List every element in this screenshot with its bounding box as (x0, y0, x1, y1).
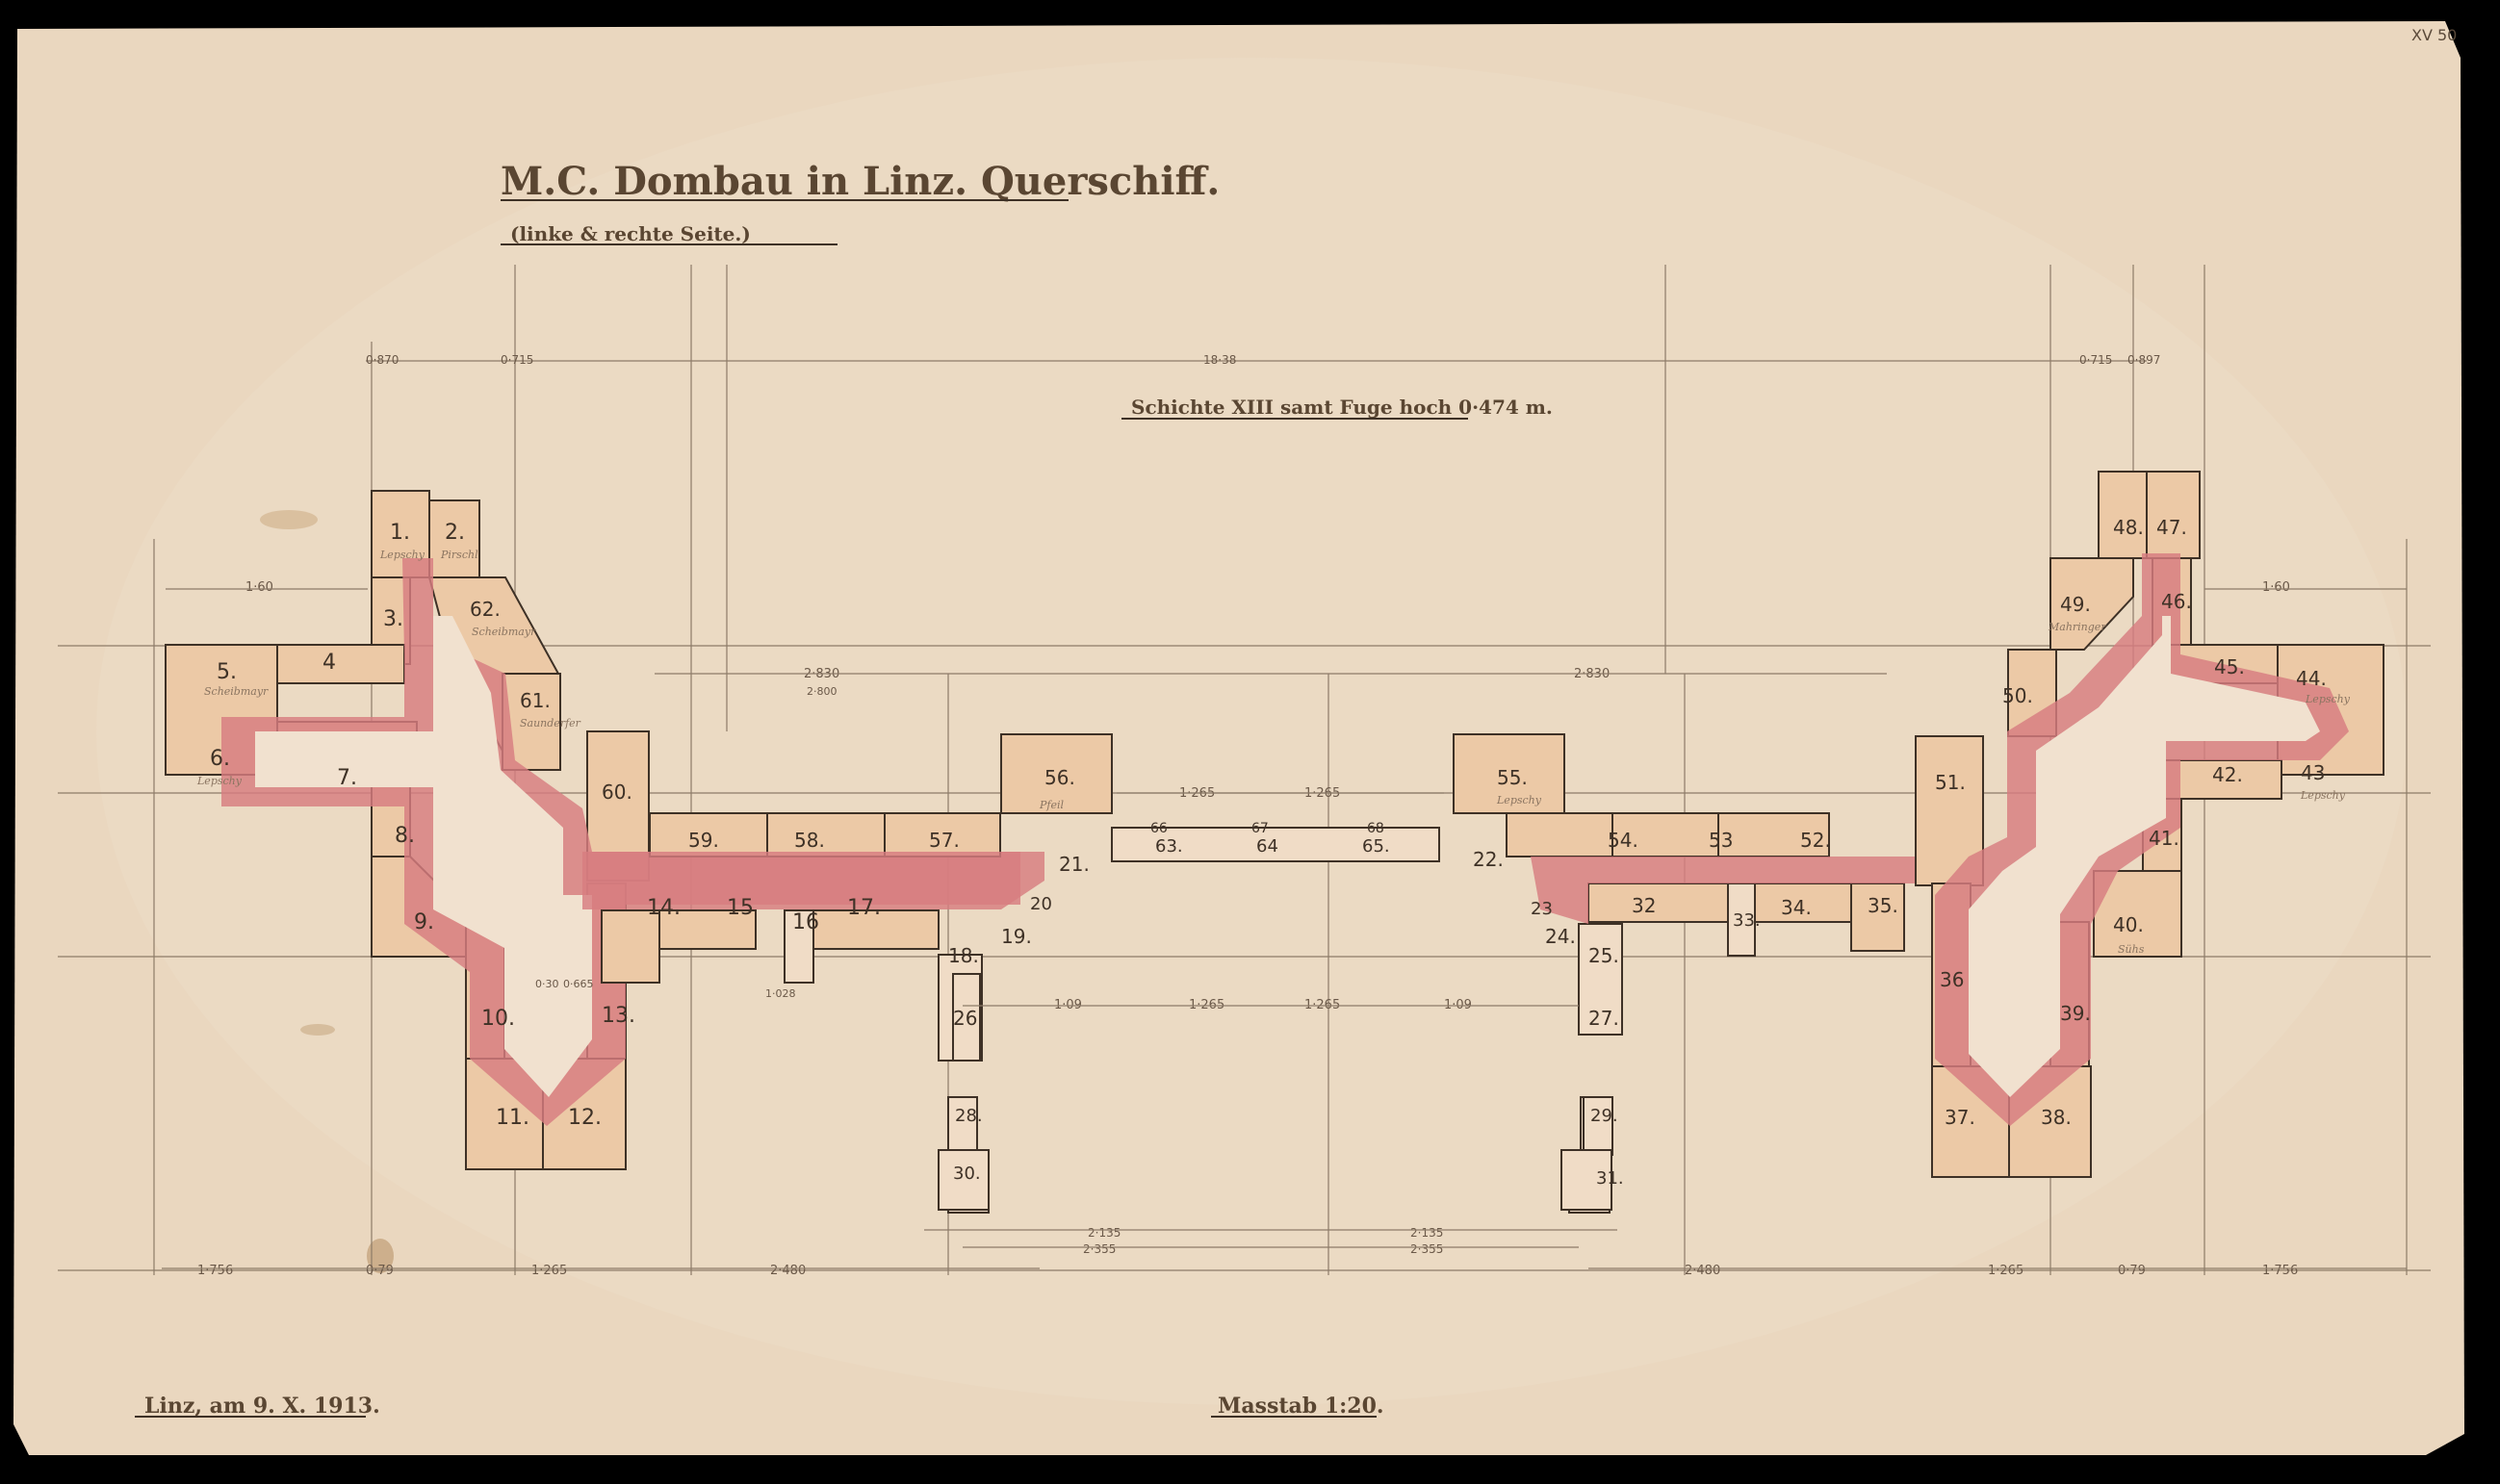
svg-text:26.: 26. (953, 1007, 984, 1030)
svg-text:44.: 44. (2296, 667, 2327, 690)
svg-text:Lepschy: Lepschy (379, 549, 425, 561)
place-date: Linz, am 9. X. 1913. (144, 1394, 380, 1419)
svg-text:1.: 1. (390, 521, 410, 545)
svg-text:0·870: 0·870 (366, 353, 399, 367)
svg-text:30.: 30. (953, 1164, 981, 1184)
svg-text:37.: 37. (1945, 1106, 1975, 1129)
svg-text:Scheibmayr: Scheibmayr (472, 626, 536, 638)
svg-text:25.: 25. (1588, 944, 1619, 967)
svg-text:2·480: 2·480 (1685, 1264, 1720, 1278)
svg-text:41.: 41. (2149, 827, 2179, 850)
svg-text:18.: 18. (948, 944, 979, 967)
svg-text:Sühs: Sühs (2118, 943, 2145, 956)
svg-text:24.: 24. (1545, 925, 1576, 948)
svg-text:Pirschl: Pirschl (440, 549, 478, 561)
svg-text:2·135: 2·135 (1410, 1226, 1443, 1240)
svg-text:16: 16 (792, 910, 819, 934)
svg-text:Mahringer: Mahringer (2048, 621, 2106, 633)
svg-text:33.: 33. (1733, 910, 1761, 931)
svg-text:1·60: 1·60 (2262, 580, 2290, 595)
svg-text:50.: 50. (2002, 684, 2033, 707)
svg-text:0·79: 0·79 (2118, 1264, 2146, 1278)
svg-text:51.: 51. (1935, 771, 1966, 794)
svg-text:4: 4 (322, 651, 336, 675)
svg-text:0·897: 0·897 (2127, 353, 2160, 367)
svg-text:28.: 28. (955, 1106, 983, 1126)
svg-text:19.: 19. (1001, 925, 1032, 948)
drawing-subtitle: (linke & rechte Seite.) (510, 222, 751, 245)
svg-text:15: 15 (727, 896, 754, 920)
svg-text:43: 43 (2301, 761, 2325, 784)
svg-text:3.: 3. (383, 607, 403, 631)
svg-text:22.: 22. (1473, 848, 1504, 871)
svg-text:0·715: 0·715 (2079, 353, 2112, 367)
svg-text:46.: 46. (2161, 590, 2192, 613)
svg-text:45.: 45. (2214, 655, 2245, 678)
svg-text:11.: 11. (496, 1106, 529, 1130)
svg-text:49.: 49. (2060, 593, 2091, 616)
svg-text:Lepschy: Lepschy (2300, 789, 2346, 802)
svg-text:60.: 60. (602, 780, 632, 804)
svg-text:6.: 6. (210, 747, 230, 771)
svg-text:1·265: 1·265 (1988, 1264, 2023, 1278)
svg-text:67: 67 (1251, 821, 1269, 836)
drawing-sheet: M.C. Dombau in Linz. Querschiff. (linke … (0, 0, 2500, 1484)
svg-text:Lepschy: Lepschy (196, 775, 243, 787)
svg-text:31.: 31. (1596, 1168, 1624, 1189)
svg-text:59.: 59. (688, 829, 719, 852)
svg-text:56.: 56. (1044, 766, 1075, 789)
svg-text:58.: 58. (794, 829, 825, 852)
svg-text:1·60: 1·60 (245, 580, 273, 595)
svg-text:1·756: 1·756 (197, 1264, 233, 1278)
svg-text:53: 53 (1709, 829, 1733, 852)
svg-text:61.: 61. (520, 689, 551, 712)
svg-text:66: 66 (1150, 821, 1168, 836)
svg-text:48.: 48. (2113, 516, 2144, 539)
svg-text:14.: 14. (647, 896, 681, 920)
svg-text:63.: 63. (1155, 836, 1183, 857)
svg-text:Lepschy: Lepschy (2305, 693, 2351, 705)
svg-text:0·79: 0·79 (366, 1264, 394, 1278)
svg-text:29.: 29. (1590, 1106, 1618, 1126)
sheet-number: XV 50 (2411, 26, 2457, 44)
svg-text:52.: 52. (1800, 829, 1831, 852)
svg-text:23: 23 (1531, 899, 1553, 919)
svg-text:17.: 17. (847, 896, 881, 920)
svg-text:13.: 13. (602, 1004, 635, 1028)
svg-text:1·028: 1·028 (765, 987, 796, 1000)
svg-text:2·355: 2·355 (1083, 1242, 1116, 1256)
svg-text:7.: 7. (337, 766, 357, 790)
svg-text:2·355: 2·355 (1410, 1242, 1443, 1256)
svg-text:18·38: 18·38 (1203, 353, 1236, 367)
svg-text:36: 36 (1940, 968, 1964, 991)
svg-text:10.: 10. (481, 1007, 515, 1031)
svg-text:0·30: 0·30 (535, 978, 559, 990)
svg-text:1·756: 1·756 (2262, 1264, 2298, 1278)
svg-text:0·715: 0·715 (501, 353, 533, 367)
scale-label: Masstab 1:20. (1218, 1394, 1384, 1419)
svg-text:38.: 38. (2041, 1106, 2072, 1129)
svg-text:0·665: 0·665 (563, 978, 594, 990)
svg-text:32: 32 (1632, 894, 1656, 917)
svg-text:54.: 54. (1608, 829, 1638, 852)
drawing-title: M.C. Dombau in Linz. Querschiff. (501, 159, 1220, 204)
svg-text:57.: 57. (929, 829, 960, 852)
svg-text:68: 68 (1367, 821, 1384, 836)
svg-text:2·800: 2·800 (807, 685, 838, 698)
svg-text:Pfeil: Pfeil (1039, 799, 1065, 811)
svg-text:2·135: 2·135 (1088, 1226, 1121, 1240)
svg-text:62.: 62. (470, 598, 501, 621)
svg-text:21.: 21. (1059, 853, 1090, 876)
svg-text:9.: 9. (414, 910, 434, 934)
svg-text:47.: 47. (2156, 516, 2187, 539)
svg-text:27.: 27. (1588, 1007, 1619, 1030)
svg-text:42.: 42. (2212, 763, 2243, 786)
svg-text:35.: 35. (1868, 894, 1898, 917)
svg-text:2·480: 2·480 (770, 1264, 806, 1278)
svg-text:65.: 65. (1362, 836, 1390, 857)
svg-text:Lepschy: Lepschy (1496, 794, 1542, 806)
course-label: Schichte XIII samt Fuge hoch 0·474 m. (1131, 396, 1553, 419)
svg-text:Scheibmayr: Scheibmayr (204, 685, 269, 698)
svg-text:34.: 34. (1781, 896, 1812, 919)
svg-text:39.: 39. (2060, 1002, 2091, 1025)
svg-text:40.: 40. (2113, 913, 2144, 936)
svg-text:5.: 5. (217, 660, 237, 684)
svg-text:2.: 2. (445, 521, 465, 545)
svg-text:8.: 8. (395, 824, 415, 848)
svg-text:12.: 12. (568, 1106, 602, 1130)
svg-text:64: 64 (1256, 836, 1278, 857)
svg-text:55.: 55. (1497, 766, 1528, 789)
svg-text:1·265: 1·265 (531, 1264, 567, 1278)
svg-text:Saunderfer: Saunderfer (520, 717, 581, 729)
svg-text:20: 20 (1030, 894, 1052, 914)
